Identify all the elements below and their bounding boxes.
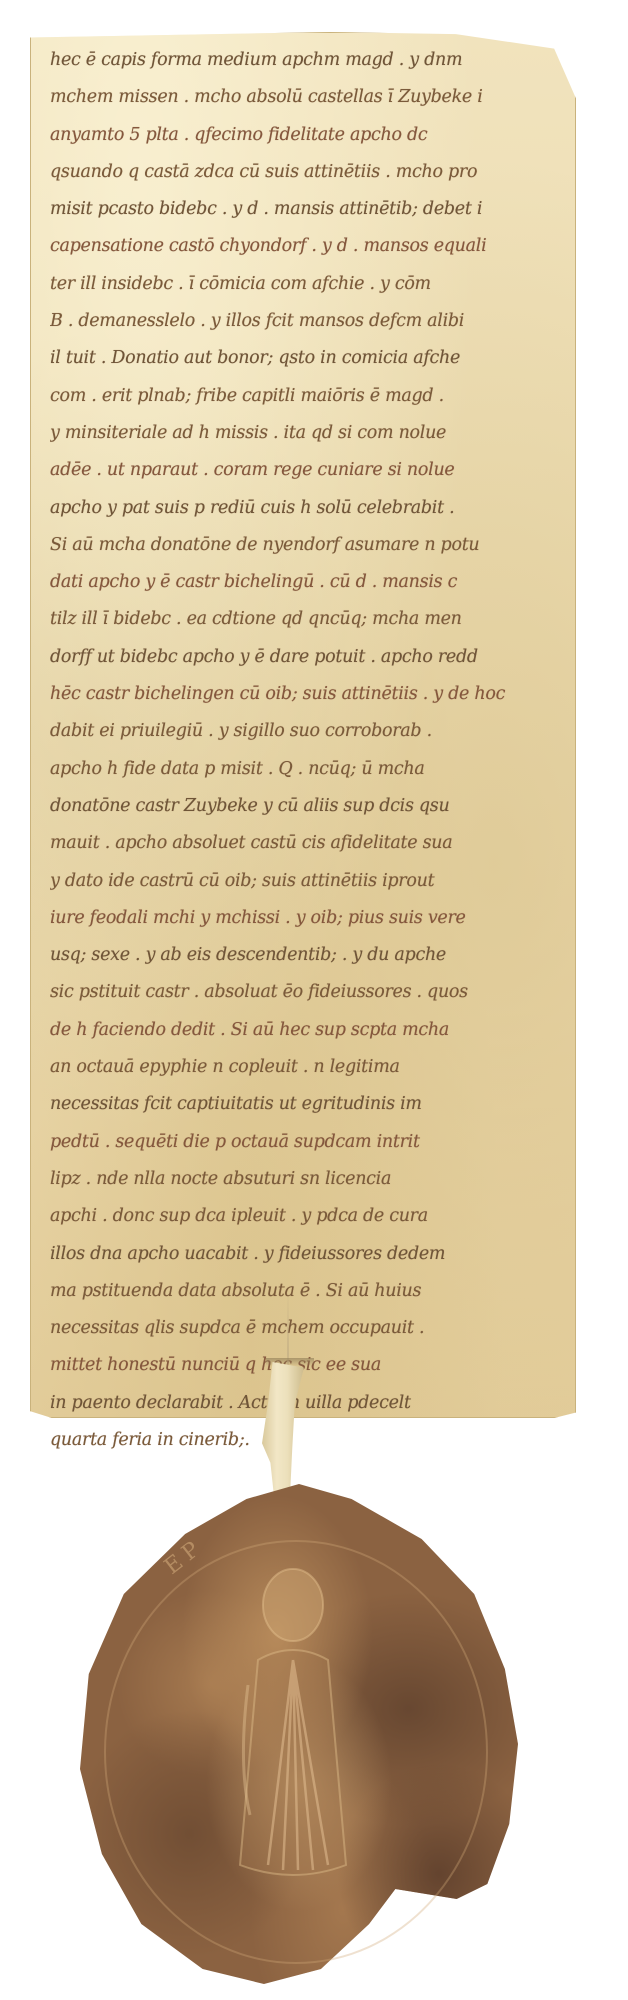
text-line: ma pstituenda data absoluta ē . Si aū hu…: [50, 1273, 570, 1310]
text-line: pedtū . sequēti die p octauā supdcam int…: [50, 1124, 570, 1161]
text-line: donatōne castr Zuybeke y cū aliis sup dc…: [50, 788, 570, 825]
text-line: iure feodali mchi y mchissi . y oib; piu…: [50, 900, 570, 937]
text-line: y minsiteriale ad h missis . ita qd si c…: [50, 415, 570, 452]
text-line: anyamto 5 plta . qfecimo fidelitate apch…: [50, 117, 570, 154]
text-line: apchi . donc sup dca ipleuit . y pdca de…: [50, 1198, 570, 1235]
text-line: tilz ill ī bidebc . ea cdtione qd qncūq;…: [50, 601, 570, 638]
text-line: Si aū mcha donatōne de nyendorf asumare …: [50, 527, 570, 564]
text-line: in paento declarabit . Actū in uilla pde…: [50, 1385, 570, 1422]
charter-text: hec ē capis forma medium apchm magd . y …: [50, 42, 570, 1459]
text-line: usq; sexe . y ab eis descendentib; . y d…: [50, 937, 570, 974]
text-line: ter ill insidebc . ī cōmicia com afchie …: [50, 266, 570, 303]
text-line: qsuando q castā zdca cū suis attinētiis …: [50, 154, 570, 191]
text-line: dati apcho y ē castr bichelingū . cū d .…: [50, 564, 570, 601]
text-line: dorff ut bidebc apcho y ē dare potuit . …: [50, 639, 570, 676]
text-line: apcho h fide data p misit . Q . ncūq; ū …: [50, 751, 570, 788]
text-line: illos dna apcho uacabit . y fideiussores…: [50, 1236, 570, 1273]
text-line: de h faciendo dedit . Si aū hec sup scpt…: [50, 1012, 570, 1049]
text-line: an octauā epyphie n copleuit . n legitim…: [50, 1049, 570, 1086]
text-line: sic pstituit castr . absoluat ēo fideius…: [50, 974, 570, 1011]
text-line: lipz . nde nlla nocte absuturi sn licenc…: [50, 1161, 570, 1198]
text-line: mchem missen . mcho absolū castellas ī Z…: [50, 79, 570, 116]
text-line: hec ē capis forma medium apchm magd . y …: [50, 42, 570, 79]
text-line: il tuit . Donatio aut bonor; qsto in com…: [50, 340, 570, 377]
text-line: necessitas fcit captiuitatis ut egritudi…: [50, 1086, 570, 1123]
text-line: dabit ei priuilegiū . y sigillo suo corr…: [50, 713, 570, 750]
text-line: y dato ide castrū cū oib; suis attinētii…: [50, 863, 570, 900]
text-line: misit pcasto bidebc . y d . mansis attin…: [50, 191, 570, 228]
wax-seal: [80, 1484, 518, 1984]
text-line: adēe . ut nparaut . coram rege cuniare s…: [50, 452, 570, 489]
text-line: apcho y pat suis p rediū cuis h solū cel…: [50, 490, 570, 527]
text-line: capensatione castō chyondorf . y d . man…: [50, 228, 570, 265]
text-line: necessitas qlis supdca ē mchem occupauit…: [50, 1310, 570, 1347]
text-line: hēc castr bichelingen cū oib; suis attin…: [50, 676, 570, 713]
text-line: mauit . apcho absoluet castū cis afideli…: [50, 825, 570, 862]
text-line: mittet honestū nunciū q hoc sic ee sua: [50, 1347, 570, 1384]
text-line: com . erit plnab; fribe capitli maiōris …: [50, 378, 570, 415]
text-line: B . demanesslelo . y illos fcit mansos d…: [50, 303, 570, 340]
text-line: quarta feria in cinerib;.: [50, 1422, 570, 1459]
